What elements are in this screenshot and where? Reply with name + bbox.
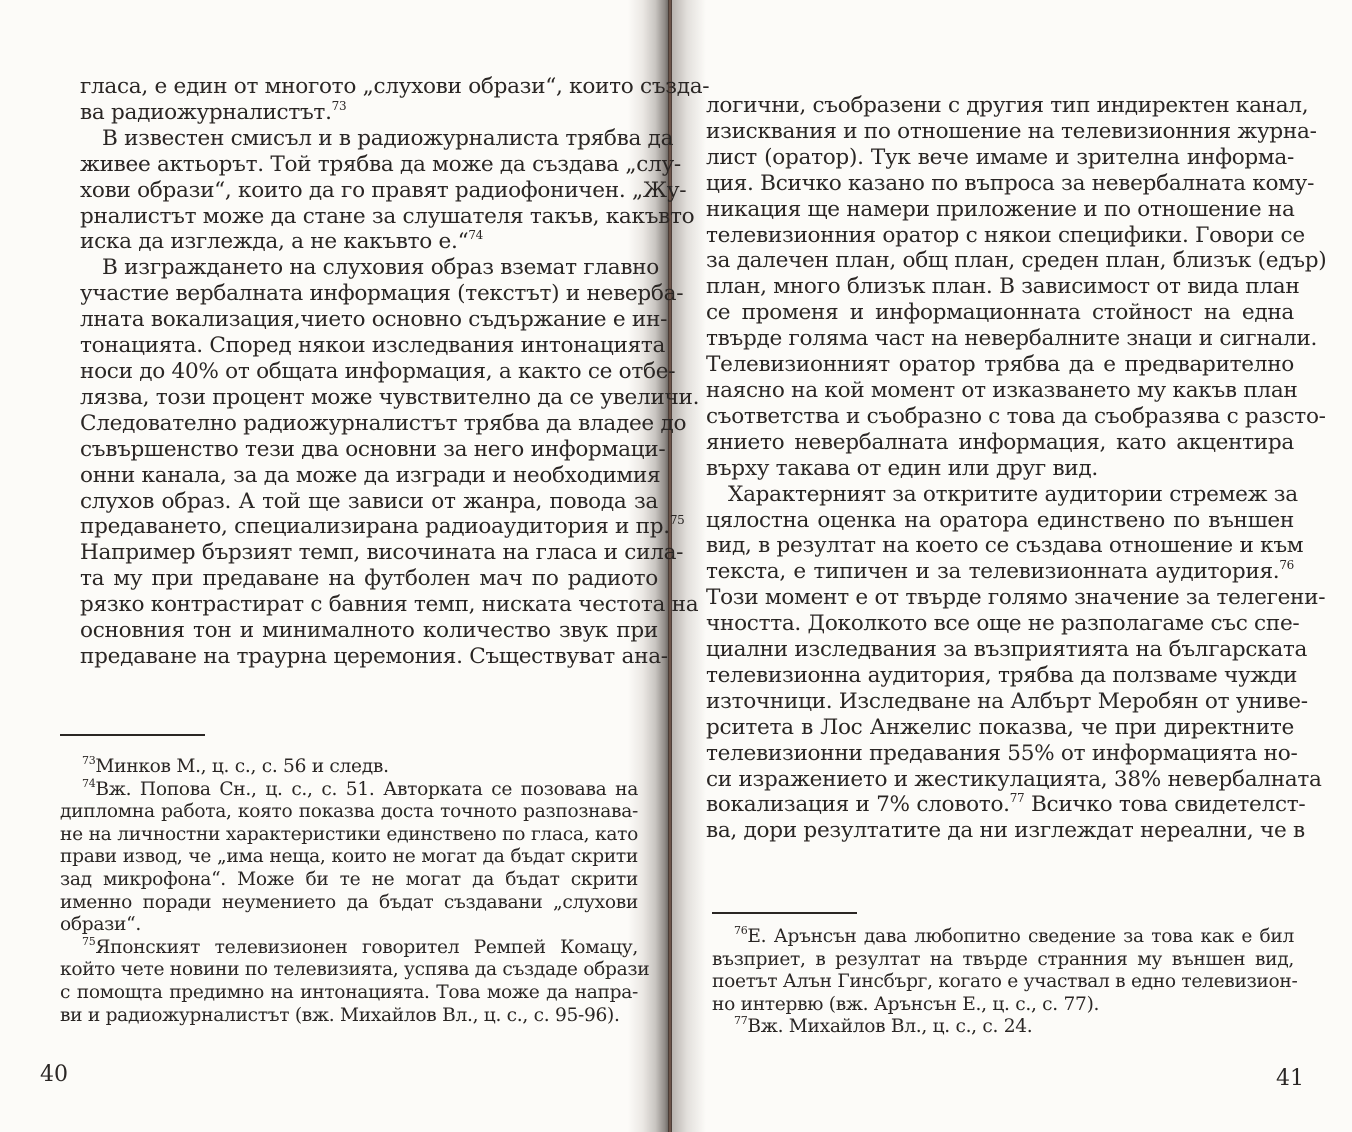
body-line: иска да изглежда, а не какъвто е.“74 [80,229,658,255]
body-line: предаване на траурна церемония. Съществу… [80,644,658,670]
body-line-text: рналистът може да стане за слушателя так… [80,204,694,229]
body-line-text: лязва, този процент може чувствително да… [80,385,699,410]
footnote-text: дипломна работа, която показва доста точ… [60,801,638,822]
book-spread: гласа, е един от многото „слухови образи… [0,0,1352,1132]
body-line: лната вокализация,чието основно съдържан… [80,307,658,333]
body-line: та му при предаване на футболен мач по р… [80,566,658,592]
footnote-number: 75 [82,935,95,948]
footnote-line: 77Вж. Михайлов Вл., ц. с., с. 24. [712,1016,1294,1039]
body-line-text: телевизионни предавания 55% от информаци… [706,741,1297,766]
body-line-text: живее актьорът. Той трябва да може да съ… [80,152,681,177]
body-line-text: план, много близък план. В зависимост от… [706,274,1299,299]
body-line: източници. Изследване на Албърт Меробян … [706,689,1294,715]
footnote-line: 74Вж. Попова Сн., ц. с., с. 51. Авторкат… [60,779,638,802]
body-line: ва, дори резултатите да ни изглеждат нер… [706,818,1294,844]
body-line: се променя и информационната стойност на… [706,300,1294,326]
footnote-line: който чете новини по телевизията, успява… [60,959,638,982]
body-line: върху такава от един или друг вид. [706,456,1294,482]
footnote-separator-right [712,912,857,914]
body-line: лист (оратор). Тук вече имаме и зрителна… [706,145,1294,171]
footnote-text: не на личностни характеристики единствен… [60,824,638,845]
body-line-text: върху такава от един или друг вид. [706,456,1098,481]
body-line-text: ция. Всичко казано по въпроса за неверба… [706,171,1314,196]
body-line: съответства и съобразно с това да съобра… [706,404,1294,430]
footnote-text: Минков М., ц. с., с. 56 и следв. [95,756,388,777]
body-line: лязва, този процент може чувствително да… [80,385,658,411]
page-number-left: 40 [40,1062,68,1087]
body-line: Характерният за откритите аудитории стре… [706,482,1294,508]
footnote-text: поетът Алън Гинсбърг, когато е участвал … [712,971,1297,992]
footnote-text: ви и радиожурналистът (вж. Михайлов Вл.,… [60,1005,620,1026]
body-line: текста, е типичен и за телевизионната ау… [706,559,1294,585]
body-line: изисквания и по отношение на телевизионн… [706,119,1294,145]
left-page-body-text: гласа, е един от многото „слухови образи… [80,74,658,670]
footnote-line: възприет, в резултат на твърде странния … [712,949,1294,972]
body-line: слухов образ. А той ще зависи от жанра, … [80,489,658,515]
body-line: В известен смисъл и в радиожурналиста тр… [80,126,658,152]
body-line: хови образи“, които да го правят радиофо… [80,178,658,204]
body-line-text: телевизионна аудитория, трябва да ползва… [706,663,1297,688]
body-line-text: за далечен план, общ план, среден план, … [706,248,1326,273]
body-line-text: източници. Изследване на Албърт Меробян … [706,689,1308,714]
body-line: участие вербалната информация (текстът) … [80,281,658,307]
footnote-text: Е. Арънсън дава любопитно сведение за то… [747,926,1294,947]
body-line: вид, в резултат на което се създава отно… [706,533,1294,559]
body-line-text: хови образи“, които да го правят радиофо… [80,178,686,203]
body-line: Този момент е от твърде голямо значение … [706,585,1294,611]
footnote-line: с помощта предимно на интонацията. Това … [60,982,638,1005]
body-line-text: чността. Доколкото все още не разполагам… [706,611,1299,636]
footnote-reference: 77 [1010,791,1025,805]
footnote-line: прави извод, че „има неща, които не мога… [60,846,638,869]
body-line: живее актьорът. Той трябва да може да съ… [80,152,658,178]
body-line: твърде голяма част на невербалните знаци… [706,326,1294,352]
body-line-text: та му при предаване на футболен мач по р… [80,566,658,591]
body-line-text: изисквания и по отношение на телевизионн… [706,119,1317,144]
body-line: Следователно радиожурналистът трябва да … [80,411,658,437]
footnote-text: Вж. Попова Сн., ц. с., с. 51. Авторката … [95,779,638,800]
footnote-reference: 76 [1279,558,1294,572]
body-line: тонацията. Според някои изследвания инто… [80,333,658,359]
footnote-number: 77 [734,1014,747,1027]
body-line-text: съответства и съобразно с това да съобра… [706,404,1326,429]
body-line-text: ва радиожурналистът. [80,100,332,125]
body-line-text: лната вокализация,чието основно съдържан… [80,307,667,332]
footnote-number: 73 [82,754,95,767]
body-line: телевизионния оратор с някои специфики. … [706,223,1294,249]
body-line-text: слухов образ. А той ще зависи от жанра, … [80,489,658,514]
footnote-number: 74 [82,777,95,790]
footnote-line: 73Минков М., ц. с., с. 56 и следв. [60,756,638,779]
body-line: ва радиожурналистът.73 [80,100,658,126]
footnote-line: ви и радиожурналистът (вж. Михайлов Вл.,… [60,1005,638,1028]
footnote-line: дипломна работа, която показва доста точ… [60,801,638,824]
body-line-text: никация ще намери приложение и по отноше… [706,197,1295,222]
body-line: си изражението и жестикулацията, 38% нев… [706,767,1294,793]
body-line: телевизионни предавания 55% от информаци… [706,741,1294,767]
body-line-text: съвършенство тези два основни за него ин… [80,437,665,462]
body-line: чността. Доколкото все още не разполагам… [706,611,1294,637]
body-line-text: В известен смисъл и в радиожурналиста тр… [102,126,673,151]
footnote-text: именно поради неумението да бъдат създав… [60,892,638,913]
footnote-reference: 75 [670,513,685,527]
body-line: съвършенство тези два основни за него ин… [80,437,658,463]
body-line-text: Следователно радиожурналистът трябва да … [80,411,686,436]
body-line-text: тонацията. Според някои изследвания инто… [80,333,665,358]
body-line: В изграждането на слуховия образ вземат … [80,255,658,281]
body-line-text: наясно на кой момент от изказването му к… [706,378,1298,403]
body-line: рязко контрастират с бавния темп, нискат… [80,592,658,618]
footnote-text: възприет, в резултат на твърде странния … [712,949,1294,970]
footnote-reference: 74 [468,228,483,242]
body-line-text: цялостна оценка на оратора единствено по… [706,508,1294,533]
body-line-text: основния тон и минималното количество зв… [80,618,658,643]
footnote-text: образи“. [60,914,141,935]
body-line: наясно на кой момент от изказването му к… [706,378,1294,404]
body-line-text: ва, дори резултатите да ни изглеждат нер… [706,818,1305,843]
body-line: рситета в Лос Анжелис показва, че при ди… [706,715,1294,741]
body-line: предаването, специализирана радиоаудитор… [80,514,658,540]
body-line-text: вокализация и 7% словото. [706,792,1010,817]
body-line-text: вид, в резултат на което се създава отно… [706,533,1303,558]
footnote-line: поетът Алън Гинсбърг, когато е участвал … [712,971,1294,994]
footnote-text: който чете новини по телевизията, успява… [60,959,649,980]
body-line-text: онни канала, за да може да изгради и нео… [80,463,660,488]
body-line-text: логични, съобразени с другия тип индирек… [706,93,1308,118]
footnote-line: но интервю (вж. Арънсън Е., ц. с., с. 77… [712,994,1294,1017]
body-line-text: гласа, е един от многото „слухови образи… [80,74,709,99]
body-line: циални изследвания за възприятията на бъ… [706,637,1294,663]
footnote-line: именно поради неумението да бъдат създав… [60,892,638,915]
footnote-text: но интервю (вж. Арънсън Е., ц. с., с. 77… [712,994,1099,1015]
body-line: цялостна оценка на оратора единствено по… [706,508,1294,534]
right-page-footnotes: 76Е. Арънсън дава любопитно сведение за … [712,926,1294,1039]
body-line: гласа, е един от многото „слухови образи… [80,74,658,100]
footnote-separator-left [60,734,205,736]
body-line: Телевизионният оратор трябва да е предва… [706,352,1294,378]
body-line-text: участие вербалната информация (текстът) … [80,281,683,306]
body-line: рналистът може да стане за слушателя так… [80,204,658,230]
body-line: янието невербалната информация, като акц… [706,430,1294,456]
left-page-footnotes: 73Минков М., ц. с., с. 56 и следв.74Вж. … [60,756,638,1027]
footnote-text: Японският телевизионен говорител Ремпей … [95,937,638,958]
body-line: телевизионна аудитория, трябва да ползва… [706,663,1294,689]
body-line-text: носи до 40% от общата информация, а какт… [80,359,675,384]
body-line: логични, съобразени с другия тип индирек… [706,93,1294,119]
body-line: ция. Всичко казано по въпроса за неверба… [706,171,1294,197]
page-number-right: 41 [1276,1066,1304,1091]
body-line: вокализация и 7% словото.77 Всичко това … [706,792,1294,818]
body-line-text: Характерният за откритите аудитории стре… [728,482,1298,507]
footnote-line: зад микрофона“. Може би те не могат да б… [60,869,638,892]
body-line-text: предаването, специализирана радиоаудитор… [80,514,670,539]
footnote-line: 76Е. Арънсън дава любопитно сведение за … [712,926,1294,949]
body-line-text: иска да изглежда, а не какъвто е.“ [80,229,468,254]
body-line-text: рязко контрастират с бавния темп, нискат… [80,592,698,617]
body-line-text: рситета в Лос Анжелис показва, че при ди… [706,715,1294,740]
body-line-text: лист (оратор). Тук вече имаме и зрителна… [706,145,1294,170]
body-line-text: Например бързият темп, височината на гла… [80,540,683,565]
footnote-text: прави извод, че „има неща, които не мога… [60,846,638,867]
body-line: никация ще намери приложение и по отноше… [706,197,1294,223]
body-line-text: си изражението и жестикулацията, 38% нев… [706,767,1322,792]
body-line-text: се променя и информационната стойност на… [706,300,1294,325]
body-line-text: Всичко това свидетелст- [1024,792,1305,817]
body-line: онни канала, за да може да изгради и нео… [80,463,658,489]
body-line-text: Този момент е от твърде голямо значение … [706,585,1325,610]
footnote-reference: 73 [332,99,347,113]
footnote-line: не на личностни характеристики единствен… [60,824,638,847]
body-line-text: предаване на траурна церемония. Съществу… [80,644,668,669]
body-line-text: янието невербалната информация, като акц… [706,430,1294,455]
footnote-line: образи“. [60,914,638,937]
body-line: основния тон и минималното количество зв… [80,618,658,644]
body-line: Например бързият темп, височината на гла… [80,540,658,566]
body-line-text: текста, е типичен и за телевизионната ау… [706,559,1279,584]
right-page-body-text: логични, съобразени с другия тип индирек… [706,93,1294,844]
footnote-text: с помощта предимно на интонацията. Това … [60,982,638,1003]
body-line-text: телевизионния оратор с някои специфики. … [706,223,1305,248]
footnote-text: Вж. Михайлов Вл., ц. с., с. 24. [747,1016,1032,1037]
body-line-text: твърде голяма част на невербалните знаци… [706,326,1317,351]
footnote-text: зад микрофона“. Може би те не могат да б… [60,869,638,890]
body-line: план, много близък план. В зависимост от… [706,274,1294,300]
footnote-line: 75Японският телевизионен говорител Ремпе… [60,937,638,960]
body-line-text: циални изследвания за възприятията на бъ… [706,637,1307,662]
body-line: за далечен план, общ план, среден план, … [706,248,1294,274]
body-line-text: В изграждането на слуховия образ вземат … [102,255,659,280]
body-line: носи до 40% от общата информация, а какт… [80,359,658,385]
footnote-number: 76 [734,924,747,937]
body-line-text: Телевизионният оратор трябва да е предва… [706,352,1294,377]
